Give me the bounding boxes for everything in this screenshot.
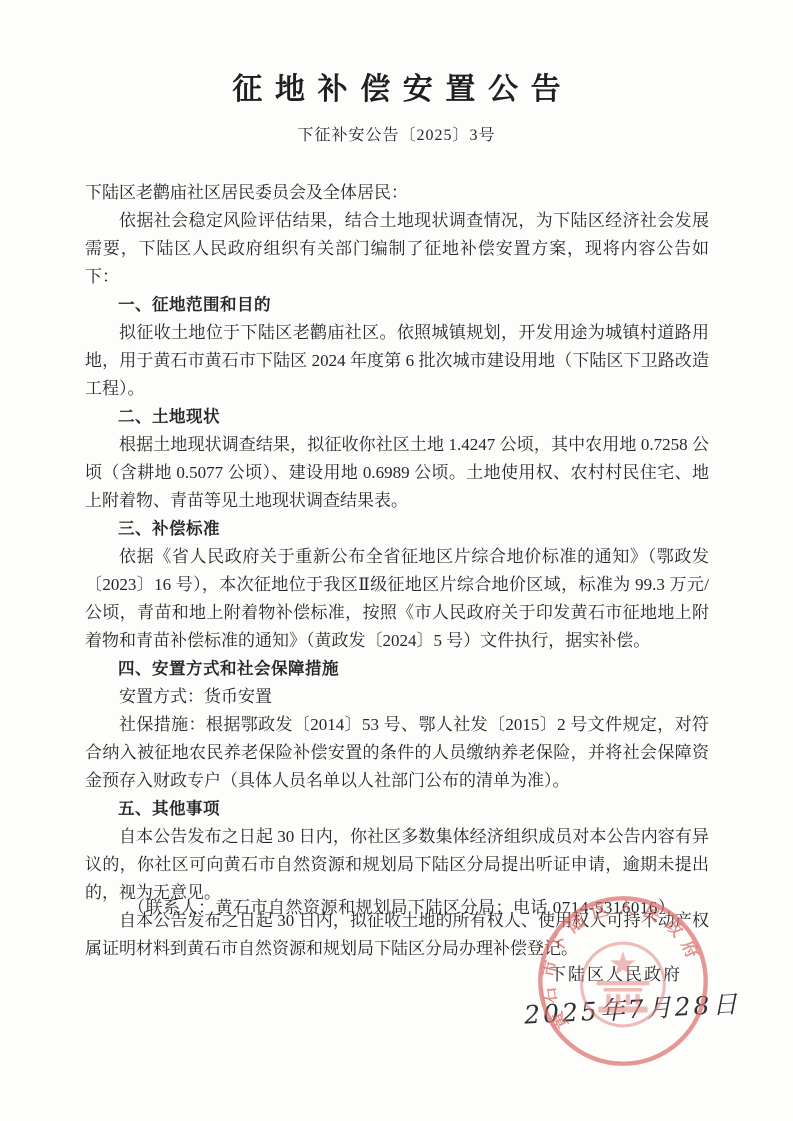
announcement-page: 征地补偿安置公告 下征补安公告〔2025〕3号 下陆区老鹳庙社区居民委员会及全体… — [0, 0, 793, 1121]
contact-line: （联系人：黄石市自然资源和规划局下陆区分局；电话 0714-5316016） — [128, 893, 675, 918]
section-paragraph: 依据《省人民政府关于重新公布全省征地区片综合地价标准的通知》（鄂政发〔2023〕… — [85, 543, 709, 655]
doc-number: 下征补安公告〔2025〕3号 — [0, 122, 793, 145]
section-heading: 一、征地范围和目的 — [85, 291, 709, 319]
intro-paragraph: 依据社会稳定风险评估结果，结合土地现状调查情况，为下陆区经济社会发展需要，下陆区… — [85, 207, 709, 291]
section-paragraph: 社保措施：根据鄂政发〔2014〕53 号、鄂人社发〔2015〕2 号文件规定，对… — [85, 711, 709, 795]
section-heading: 五、其他事项 — [85, 795, 709, 823]
section-paragraph: 安置方式：货币安置 — [85, 683, 709, 711]
handwritten-date: 2025年7月28日 — [523, 984, 741, 1031]
section-paragraph: 拟征收土地位于下陆区老鹳庙社区。依照城镇规划，开发用途为城镇村道路用地，用于黄石… — [85, 319, 709, 403]
salutation: 下陆区老鹳庙社区居民委员会及全体居民： — [85, 179, 709, 207]
section-heading: 二、土地现状 — [85, 403, 709, 431]
section-heading: 四、安置方式和社会保障措施 — [85, 655, 709, 683]
sections-container: 一、征地范围和目的拟征收土地位于下陆区老鹳庙社区。依照城镇规划，开发用途为城镇村… — [85, 291, 709, 963]
page-title: 征地补偿安置公告 — [0, 0, 793, 108]
signature: 下陆区人民政府 — [549, 960, 682, 985]
section-heading: 三、补偿标准 — [85, 515, 709, 543]
document-body: 下陆区老鹳庙社区居民委员会及全体居民： 依据社会稳定风险评估结果，结合土地现状调… — [85, 179, 709, 963]
section-paragraph: 根据土地现状调查结果，拟征收你社区土地 1.4247 公顷，其中农用地 0.72… — [85, 431, 709, 515]
